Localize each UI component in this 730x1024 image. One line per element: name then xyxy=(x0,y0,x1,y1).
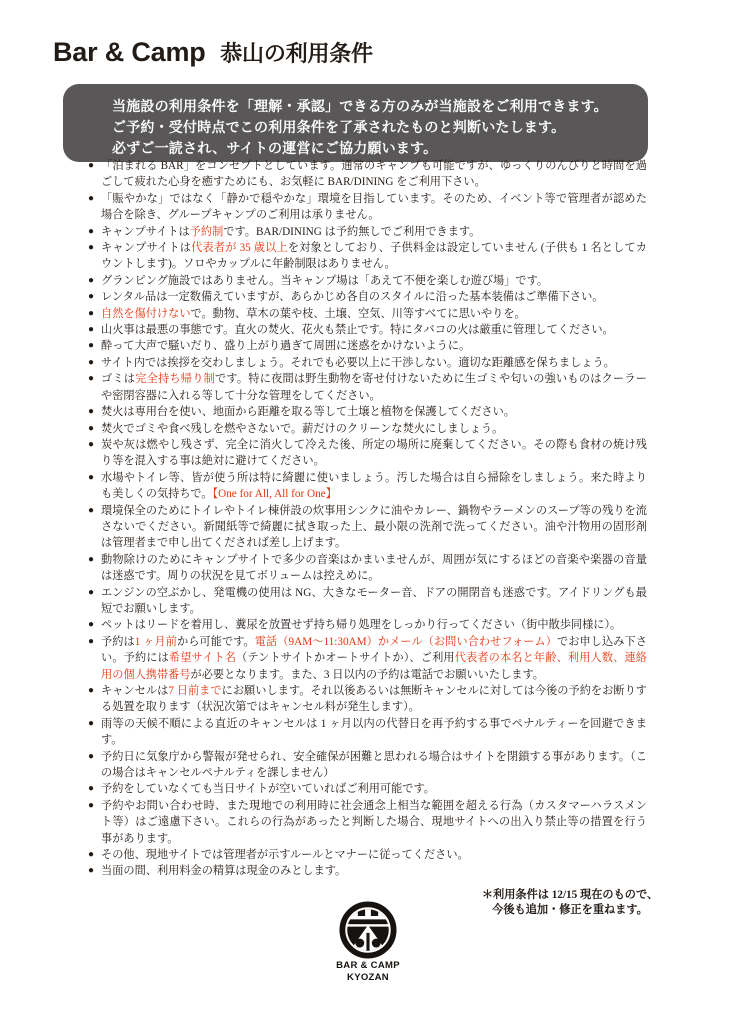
term-item: ●キャンプサイトは予約制です。BAR/DINING は予約無しでご利用できます。 xyxy=(89,224,647,240)
notice-line-3: 必ずご一読され、サイトの運営にご協力願います。 xyxy=(112,138,628,159)
term-text: 焚火でゴミや食べ残しを燃やさないで。薪だけのクリーンな焚火にしましょう。 xyxy=(101,423,503,435)
bullet-icon: ● xyxy=(88,781,94,797)
term-text: キャンプサイトは xyxy=(101,242,191,254)
bullet-icon: ● xyxy=(88,798,94,814)
brand-logo: BAR & CAMP KYOZAN xyxy=(313,901,423,982)
term-item: ●予約日に気象庁から警報が発せられ、安全確保が困難と思われる場合はサイトを閉鎖す… xyxy=(89,749,647,782)
term-highlighted-text: 完全持ち帰り制 xyxy=(135,373,215,385)
term-highlighted-text: 電話（9AM～11:30AM）かメール（お問い合わせフォーム） xyxy=(255,636,557,648)
notice-line-2: ご予約・受付時点でこの利用条件を了承されたものと判断いたします。 xyxy=(112,117,628,138)
bullet-icon: ● xyxy=(88,552,94,568)
bullet-icon: ● xyxy=(88,158,94,174)
bullet-icon: ● xyxy=(88,289,94,305)
term-item: ●ペットはリードを着用し、糞尿を放置せず持ち帰り処理をしっかり行ってください（街… xyxy=(89,617,647,633)
term-text: ゴミは xyxy=(101,373,135,385)
term-item: ●水場やトイレ等、皆が使う所は特に綺麗に使いましょう。汚した場合は自ら掃除をしま… xyxy=(89,470,647,503)
term-item: ●予約やお問い合わせ時、また現地での利用時に社会通念上相当な範囲を超える行為（カ… xyxy=(89,798,647,847)
bullet-icon: ● xyxy=(88,404,94,420)
bar-and-camp-kyozan-logo-icon xyxy=(339,901,397,959)
bullet-icon: ● xyxy=(88,306,94,322)
footnote: ＊利用条件は 12/15 現在のもので、 今後も追加・修正を重ねます。 xyxy=(436,888,704,918)
term-item: ●キャンプサイトは代表者が 35 歳以上を対象としており、子供料金は設定していま… xyxy=(89,240,647,273)
term-text: 酔って大声で騒いだり、盛り上がり過ぎて周囲に迷惑をかけないように。 xyxy=(101,340,470,352)
term-text: キャンセルは xyxy=(101,685,168,697)
term-text: サイト内では挨拶を交わしましょう。それでも必要以上に干渉しない。適切な距離感を保… xyxy=(101,357,615,369)
bullet-icon: ● xyxy=(88,683,94,699)
term-item: ●その他、現地サイトでは管理者が示すルールとマナーに従ってください。 xyxy=(89,847,647,863)
bullet-icon: ● xyxy=(88,240,94,256)
bullet-icon: ● xyxy=(88,634,94,650)
term-text: 水場やトイレ等、皆が使う所は特に綺麗に使いましょう。汚した場合は自ら掃除をしまし… xyxy=(101,472,647,500)
term-item: ●レンタル品は一定数備えていますが、あらかじめ各自のスタイルに沿った基本装備はご… xyxy=(89,289,647,305)
term-text: レンタル品は一定数備えていますが、あらかじめ各自のスタイルに沿った基本装備はご準… xyxy=(101,291,604,303)
bullet-icon: ● xyxy=(88,716,94,732)
term-text: 予約日に気象庁から警報が発せられ、安全確保が困難と思われる場合はサイトを閉鎖する… xyxy=(101,751,647,779)
term-text: 予約は xyxy=(101,636,135,648)
term-text: 環境保全のためにトイレやトイレ棟併設の炊事用シンクに油やカレー、鍋物やラーメンの… xyxy=(101,505,647,550)
term-text: 雨等の天候不順による直近のキャンセルは 1 ヶ月以内の代替日を再予約する事でペナ… xyxy=(101,718,647,746)
term-highlighted-text: 1 ヶ月前 xyxy=(135,636,177,648)
term-text: 予約やお問い合わせ時、また現地での利用時に社会通念上相当な範囲を超える行為（カス… xyxy=(101,800,647,845)
page-title-ja: 恭山の利用条件 xyxy=(220,41,373,66)
bullet-icon: ● xyxy=(88,863,94,879)
term-highlighted-text: 自然を傷付けない xyxy=(101,308,191,320)
bullet-icon: ● xyxy=(88,191,94,207)
term-text: 当面の間、利用料金の精算は現金のみとします。 xyxy=(101,865,346,877)
term-highlighted-text: 代表者が 35 歳以上 xyxy=(191,242,288,254)
terms-list: ●「泊まれる BAR」をコンセプトとしています。通常のキャンプも可能ですが、ゆっ… xyxy=(89,158,647,880)
term-item: ●炭や灰は燃やし残さず、完全に消火して冷えた後、所定の場所に廃棄してください。そ… xyxy=(89,437,647,470)
bullet-icon: ● xyxy=(88,437,94,453)
term-highlighted-text: 【One for All, All for One】 xyxy=(213,488,337,500)
term-item: ●動物除けのためにキャンプサイトで多少の音楽はかまいませんが、周囲が気にするほど… xyxy=(89,552,647,585)
term-text: から可能です。 xyxy=(177,636,255,648)
bullet-icon: ● xyxy=(88,503,94,519)
logo-text-line-2: KYOZAN xyxy=(313,973,423,983)
term-text: キャンプサイトは xyxy=(101,226,190,238)
term-text: 山火事は最悪の事態です。直火の焚火、花火も禁止です。特にタバコの火は厳重に管理し… xyxy=(101,324,614,336)
term-item: ●焚火でゴミや食べ残しを燃やさないで。薪だけのクリーンな焚火にしましょう。 xyxy=(89,421,647,437)
page-title-en: Bar & Camp xyxy=(53,37,206,67)
term-item: ●酔って大声で騒いだり、盛り上がり過ぎて周囲に迷惑をかけないように。 xyxy=(89,338,647,354)
term-text: グランピング施設ではありません。当キャンプ場は「あえて不便を楽しむ遊び場」です。 xyxy=(101,275,548,287)
term-text: ペットはリードを着用し、糞尿を放置せず持ち帰り処理をしっかり行ってください（街中… xyxy=(101,619,621,631)
bullet-icon: ● xyxy=(88,585,94,601)
term-item: ●キャンセルは7 日前までにお願いします。それ以後あるいは無断キャンセルに対して… xyxy=(89,683,647,716)
term-item: ●サイト内では挨拶を交わしましょう。それでも必要以上に干渉しない。適切な距離感を… xyxy=(89,355,647,371)
term-text: です。BAR/DINING は予約無しでご利用できます。 xyxy=(223,226,480,238)
footnote-line-2: 今後も追加・修正を重ねます。 xyxy=(436,903,704,918)
term-item: ●エンジンの空ぶかし、発電機の使用は NG、大きなモーター音、ドアの開閉音も迷惑… xyxy=(89,585,647,618)
bullet-icon: ● xyxy=(88,338,94,354)
term-item: ●ゴミは完全持ち帰り制です。特に夜間は野生動物を寄せ付けないために生ゴミや匂いの… xyxy=(89,371,647,404)
notice-banner: 当施設の利用条件を「理解・承認」できる方のみが当施設をご利用できます。ご予約・受… xyxy=(63,84,648,162)
footnote-line-1: ＊利用条件は 12/15 現在のもので、 xyxy=(436,888,704,903)
bullet-icon: ● xyxy=(88,617,94,633)
term-item: ●雨等の天候不順による直近のキャンセルは 1 ヶ月以内の代替日を再予約する事でペ… xyxy=(89,716,647,749)
bullet-icon: ● xyxy=(88,749,94,765)
bullet-icon: ● xyxy=(88,470,94,486)
term-text: エンジンの空ぶかし、発電機の使用は NG、大きなモーター音、ドアの開閉音も迷惑で… xyxy=(101,587,647,615)
term-highlighted-text: 希望サイト名 xyxy=(169,652,236,664)
term-text: その他、現地サイトでは管理者が示すルールとマナーに従ってください。 xyxy=(101,849,469,861)
term-item: ●「賑やかな」ではなく「静かで穏やかな」環境を目指しています。そのため、イベント… xyxy=(89,191,647,224)
bullet-icon: ● xyxy=(88,322,94,338)
term-highlighted-text: 予約制 xyxy=(190,226,224,238)
term-item: ●予約は1 ヶ月前から可能です。電話（9AM～11:30AM）かメール（お問い合… xyxy=(89,634,647,683)
term-text: （テントサイトかオートサイトか）、ご利用 xyxy=(236,652,455,664)
bullet-icon: ● xyxy=(88,847,94,863)
term-item: ●環境保全のためにトイレやトイレ棟併設の炊事用シンクに油やカレー、鍋物やラーメン… xyxy=(89,503,647,552)
notice-line-1: 当施設の利用条件を「理解・承認」できる方のみが当施設をご利用できます。 xyxy=(112,96,628,117)
document-page: Bar & Camp 恭山の利用条件 当施設の利用条件を「理解・承認」できる方の… xyxy=(0,0,730,1024)
term-item: ●山火事は最悪の事態です。直火の焚火、花火も禁止です。特にタバコの火は厳重に管理… xyxy=(89,322,647,338)
term-text: が必要となります。また、3 日以内の予約は電話でお願いいたします。 xyxy=(191,669,544,681)
term-text: 「賑やかな」ではなく「静かで穏やかな」環境を目指しています。そのため、イベント等… xyxy=(101,193,647,221)
term-item: ●当面の間、利用料金の精算は現金のみとします。 xyxy=(89,863,647,879)
term-text: 「泊まれる BAR」をコンセプトとしています。通常のキャンプも可能ですが、ゆっく… xyxy=(101,160,647,188)
term-item: ●焚火は専用台を使い、地面から距離を取る等して土壌と植物を保護してください。 xyxy=(89,404,647,420)
term-text: で。動物、草木の葉や枝、土壌、空気、川等すべてに思いやりを。 xyxy=(191,308,526,320)
term-item: ●予約をしていなくても当日サイトが空いていればご利用可能です。 xyxy=(89,781,647,797)
term-text: 焚火は専用台を使い、地面から距離を取る等して土壌と植物を保護してください。 xyxy=(101,406,515,418)
term-text: 予約をしていなくても当日サイトが空いていればご利用可能です。 xyxy=(101,783,435,795)
bullet-icon: ● xyxy=(88,421,94,437)
page-title: Bar & Camp 恭山の利用条件 xyxy=(53,34,373,70)
bullet-icon: ● xyxy=(88,355,94,371)
term-text: 炭や灰は燃やし残さず、完全に消火して冷えた後、所定の場所に廃棄してください。その… xyxy=(101,439,647,467)
term-item: ●自然を傷付けないで。動物、草木の葉や枝、土壌、空気、川等すべてに思いやりを。 xyxy=(89,306,647,322)
term-item: ●グランピング施設ではありません。当キャンプ場は「あえて不便を楽しむ遊び場」です… xyxy=(89,273,647,289)
term-highlighted-text: 7 日前まで xyxy=(168,685,221,697)
term-item: ●「泊まれる BAR」をコンセプトとしています。通常のキャンプも可能ですが、ゆっ… xyxy=(89,158,647,191)
logo-text-line-1: BAR & CAMP xyxy=(313,961,423,971)
bullet-icon: ● xyxy=(88,371,94,387)
term-text: 動物除けのためにキャンプサイトで多少の音楽はかまいませんが、周囲が気にするほどの… xyxy=(101,554,647,582)
bullet-icon: ● xyxy=(88,273,94,289)
bullet-icon: ● xyxy=(88,224,94,240)
